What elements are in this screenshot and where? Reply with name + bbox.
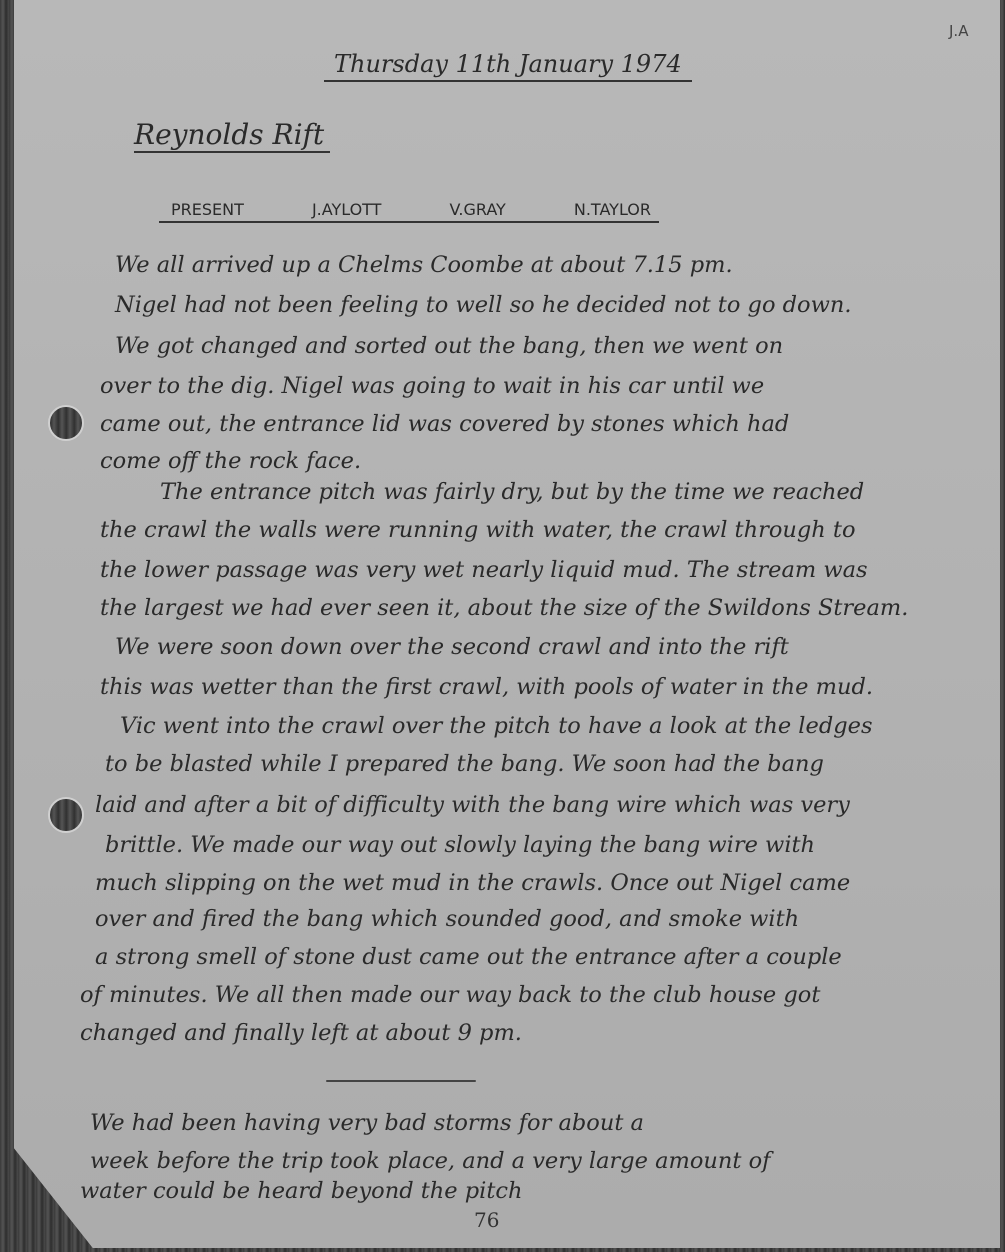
present-name: J.AYLOTT	[312, 200, 381, 219]
body-line: the crawl the walls were running with wa…	[100, 517, 856, 543]
body-line: to be blasted while I prepared the bang.…	[105, 751, 824, 777]
body-line: We were soon down over the second crawl …	[115, 634, 789, 660]
body-line: much slipping on the wet mud in the craw…	[95, 870, 850, 896]
present-name: V.GRAY	[450, 200, 506, 219]
body-line: this was wetter than the first crawl, wi…	[100, 674, 873, 700]
body-line: come off the rock face.	[100, 448, 361, 474]
body-line: a strong smell of stone dust came out th…	[95, 944, 842, 970]
body-line: of minutes. We all then made our way bac…	[80, 982, 820, 1008]
body-line: brittle. We made our way out slowly layi…	[105, 832, 815, 858]
body-line: over and fired the bang which sounded go…	[95, 906, 799, 932]
punch-hole	[48, 405, 84, 441]
footnote-line: We had been having very bad storms for a…	[90, 1110, 644, 1136]
notebook-page: J.A Thursday 11th January 1974 Reynolds …	[14, 0, 1000, 1248]
page-title: Reynolds Rift	[134, 118, 330, 153]
footnote-line: water could be heard beyond the pitch	[80, 1178, 523, 1204]
body-line: Nigel had not been feeling to well so he…	[115, 292, 852, 318]
body-line: We all arrived up a Chelms Coombe at abo…	[115, 252, 733, 278]
body-line: over to the dig. Nigel was going to wait…	[100, 373, 764, 399]
present-list: PRESENT J.AYLOTT V.GRAY N.TAYLOR	[159, 200, 659, 223]
body-line: The entrance pitch was fairly dry, but b…	[160, 479, 864, 505]
body-line: We got changed and sorted out the bang, …	[115, 333, 783, 359]
body-line: came out, the entrance lid was covered b…	[100, 411, 789, 437]
body-line: the largest we had ever seen it, about t…	[100, 595, 908, 621]
present-label: PRESENT	[171, 200, 244, 219]
body-line: changed and finally left at about 9 pm.	[80, 1020, 522, 1046]
punch-hole	[48, 797, 84, 833]
divider-rule	[326, 1080, 476, 1082]
footnote-line: week before the trip took place, and a v…	[90, 1148, 770, 1174]
date-heading: Thursday 11th January 1974	[324, 50, 692, 82]
corner-initials: J.A	[949, 22, 968, 40]
present-name: N.TAYLOR	[574, 200, 651, 219]
body-line: laid and after a bit of difficulty with …	[95, 792, 850, 818]
body-line: the lower passage was very wet nearly li…	[100, 557, 868, 583]
page-number: 76	[474, 1208, 499, 1232]
body-line: Vic went into the crawl over the pitch t…	[120, 713, 873, 739]
